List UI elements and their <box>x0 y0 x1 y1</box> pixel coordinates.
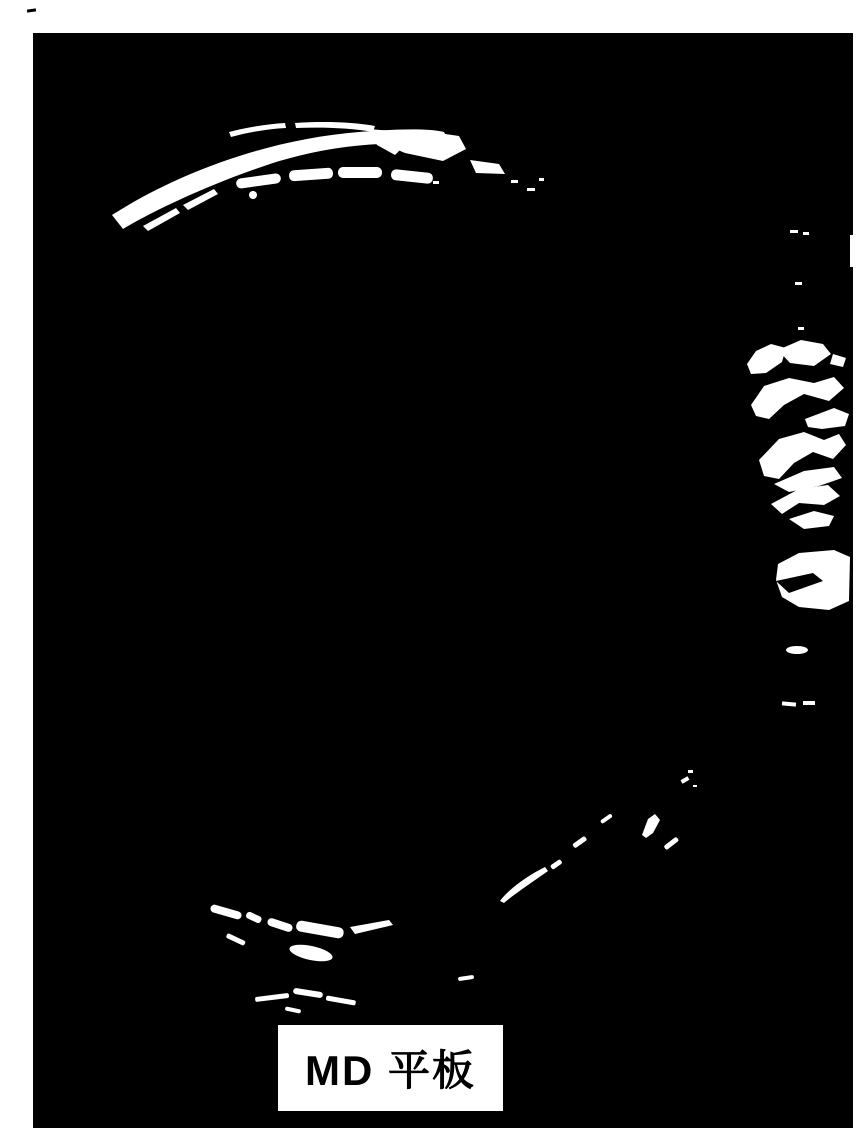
figure-page: MD 平板 <box>0 0 866 1142</box>
plate-rim-bottom-right-highlight <box>458 770 697 981</box>
plate-label-text: MD 平板 <box>305 1038 476 1098</box>
colony-streaks-right <box>747 230 853 707</box>
plate-rim-top-highlight <box>112 122 544 231</box>
plate-photo: MD 平板 <box>33 33 853 1128</box>
plate-rim-bottom-left-highlight <box>210 904 393 1014</box>
stray-mark <box>27 8 36 12</box>
plate-label: MD 平板 <box>278 1025 503 1111</box>
plate-highlights <box>33 33 853 1128</box>
